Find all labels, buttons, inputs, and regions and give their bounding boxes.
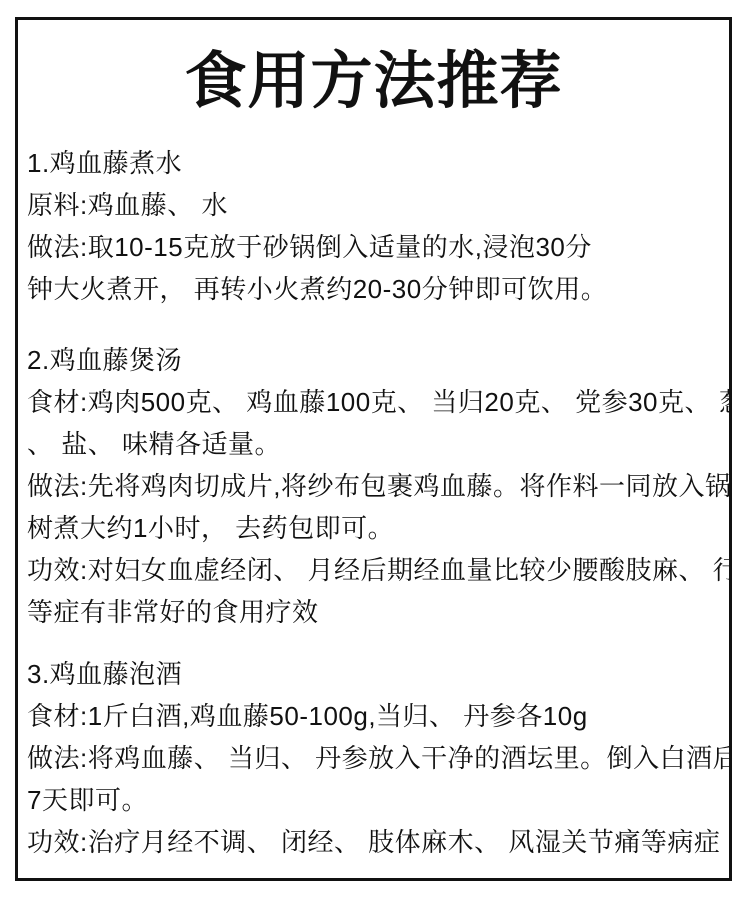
section-1-method-line1: 做法:取10-15克放于砂锅倒入适量的水,浸泡30分 [27, 226, 727, 268]
section-wine: 3.鸡血藤泡酒 食材:1斤白酒,鸡血藤50-100g,当归、 丹参各10g 做法… [27, 653, 727, 863]
section-3-method-line2: 7天即可。 [27, 779, 727, 821]
section-2-ingredients-line2: 、 盐、 味精各适量。 [27, 423, 727, 465]
document-border-frame: 食用方法推荐 1.鸡血藤煮水 原料:鸡血藤、 水 做法:取10-15克放于砂锅倒… [15, 17, 732, 881]
section-3-heading: 3.鸡血藤泡酒 [27, 653, 727, 695]
section-1-heading: 1.鸡血藤煮水 [27, 142, 727, 184]
section-2-effect-line2: 等症有非常好的食用疗效 [27, 591, 727, 633]
section-1-ingredients: 原料:鸡血藤、 水 [27, 184, 727, 226]
page-title: 食用方法推荐 [18, 46, 729, 118]
section-2-method-line1: 做法:先将鸡肉切成片,将纱布包裹鸡血藤。将作料一同放入锅中青 [27, 465, 727, 507]
section-2-ingredients-line1: 食材:鸡肉500克、 鸡血藤100克、 当归20克、 党参30克、 葱、 生姜 [27, 381, 727, 423]
section-3-ingredients: 食材:1斤白酒,鸡血藤50-100g,当归、 丹参各10g [27, 695, 727, 737]
section-2-heading: 2.鸡血藤煲汤 [27, 339, 727, 381]
section-1-method-line2: 钟大火煮开， 再转小火煮约20-30分钟即可饮用。 [27, 268, 727, 310]
section-2-effect-line1: 功效:对妇女血虚经闭、 月经后期经血量比较少腰酸肢麻、 行走无力 [27, 549, 727, 591]
document-body: 1.鸡血藤煮水 原料:鸡血藤、 水 做法:取10-15克放于砂锅倒入适量的水,浸… [18, 142, 729, 863]
section-3-effect: 功效:治疗月经不调、 闭经、 肢体麻木、 风湿关节痛等病症 [27, 821, 727, 863]
section-boiled-water: 1.鸡血藤煮水 原料:鸡血藤、 水 做法:取10-15克放于砂锅倒入适量的水,浸… [27, 142, 727, 310]
section-3-method-line1: 做法:将鸡血藤、 当归、 丹参放入干净的酒坛里。倒入白酒后密封 [27, 737, 727, 779]
section-soup: 2.鸡血藤煲汤 食材:鸡肉500克、 鸡血藤100克、 当归20克、 党参30克… [27, 339, 727, 633]
section-2-method-line2: 树煮大约1小时， 去药包即可。 [27, 507, 727, 549]
